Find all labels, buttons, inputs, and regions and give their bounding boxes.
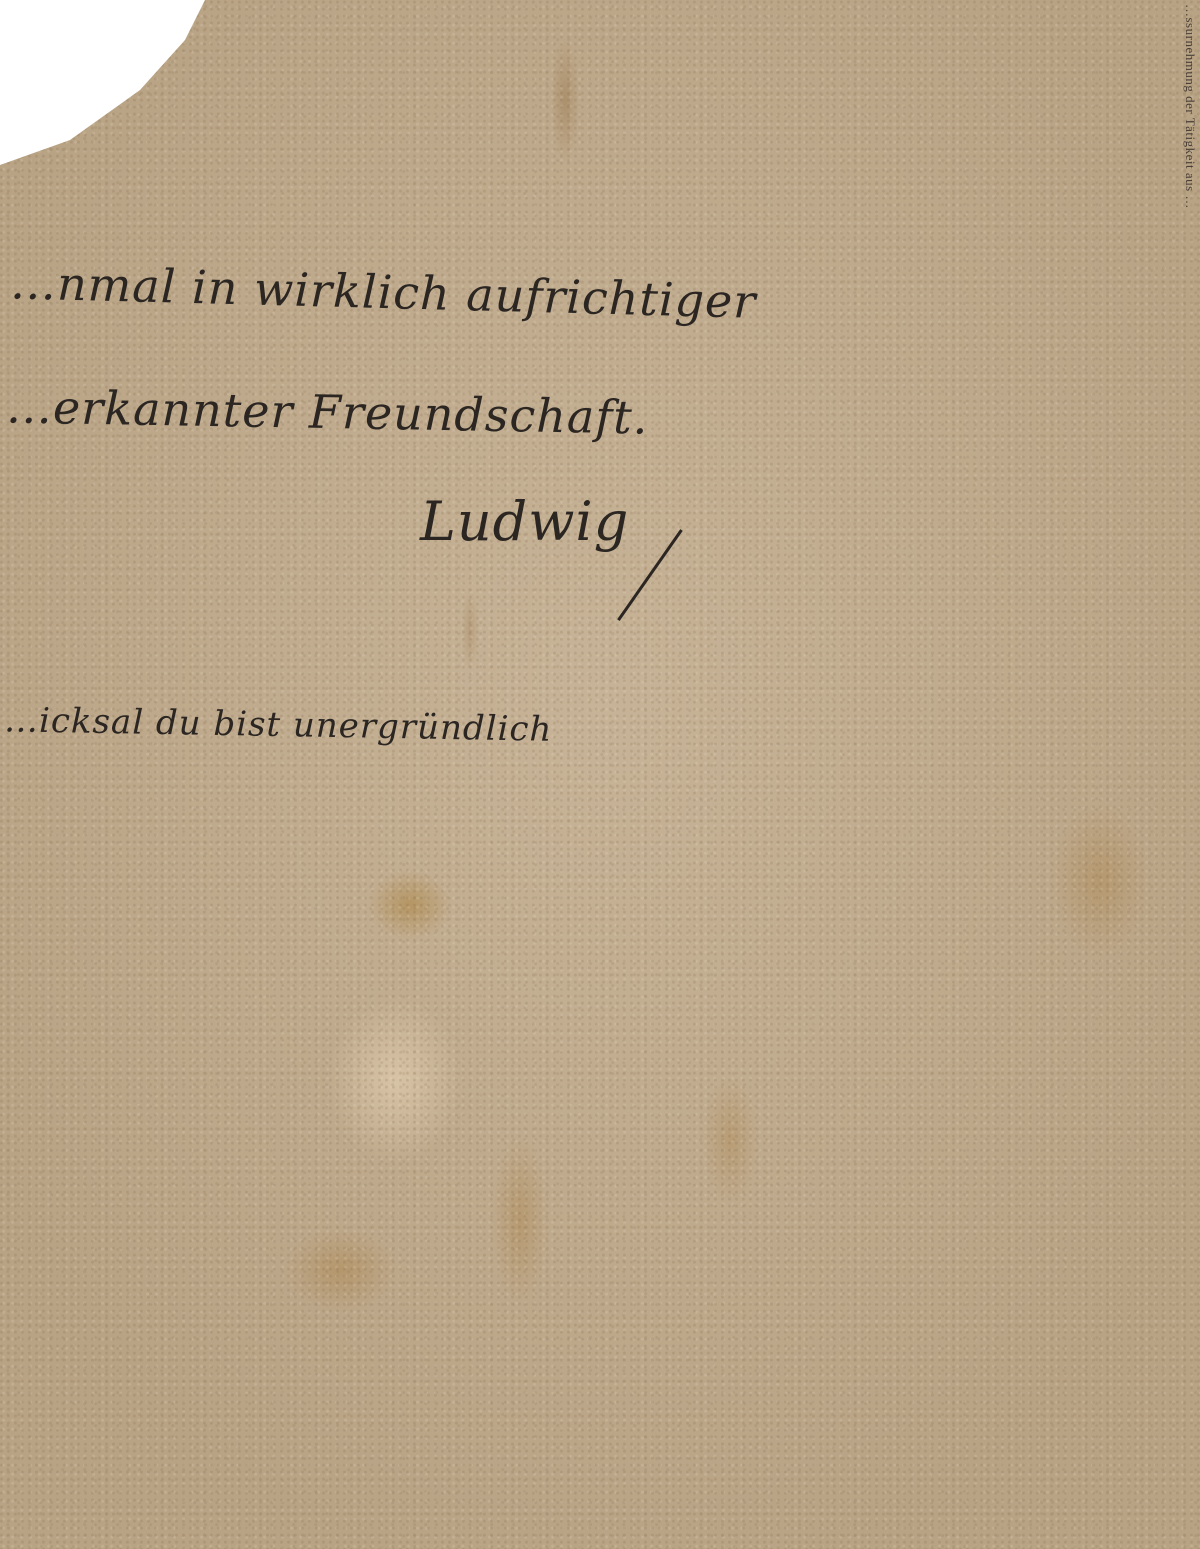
signature: Ludwig (420, 490, 629, 553)
margin-printed-text: …ssurnehmung der Tätigkeit aus … (1182, 4, 1198, 209)
handwritten-line-2: …erkannter Freundschaft. (6, 379, 649, 444)
paper-texture (0, 0, 1200, 1549)
paper-sheet: …nmal in wirklich aufrichtiger …erkannte… (0, 0, 1200, 1549)
